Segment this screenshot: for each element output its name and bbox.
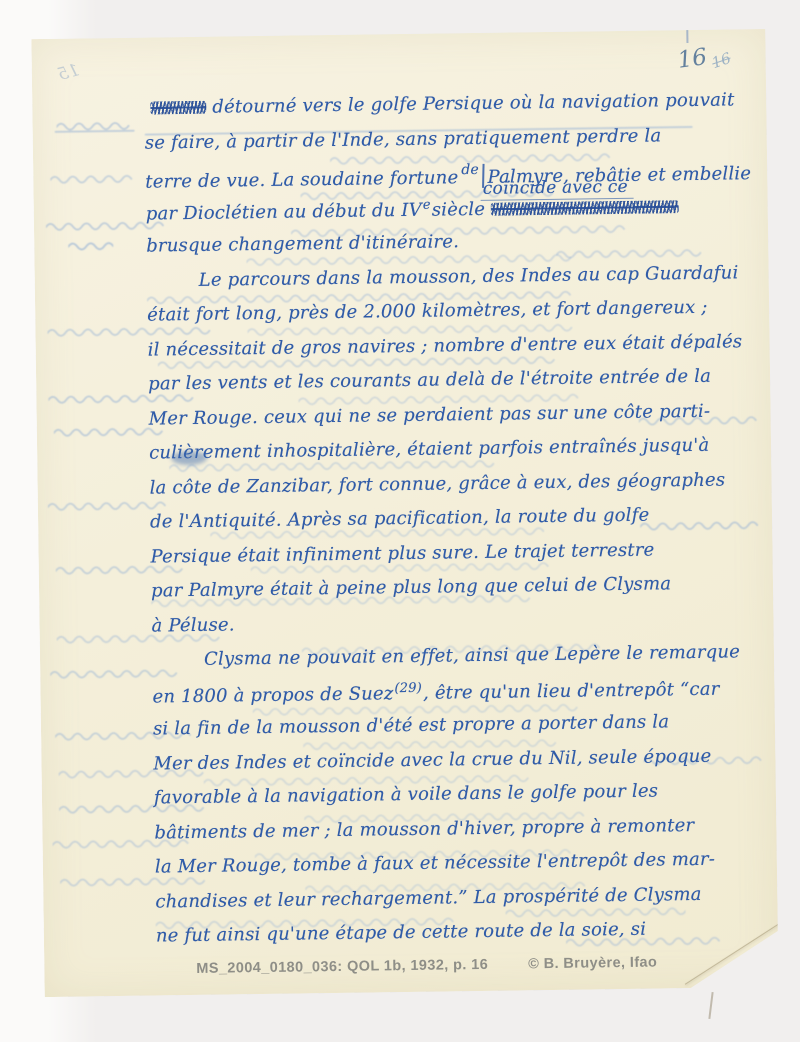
handwritten-text: à Péluse.: [151, 614, 234, 636]
struck-out-word: coïncide avec ce: [491, 200, 679, 216]
handwritten-text: siècle: [432, 198, 486, 220]
manuscript-text-block: détourné vers le golfe Persique où la na…: [144, 89, 756, 960]
manuscript-line: ne fut ainsi qu'une étape de cette route…: [156, 917, 756, 960]
archive-reference: MS_2004_0180_036: QOL 1b, 1932, p. 16: [196, 957, 488, 977]
handwritten-text: brusque changement d'itinéraire.: [146, 231, 459, 256]
bleedthrough-handwriting: [68, 240, 113, 253]
struck-out-word: [150, 101, 206, 115]
handwritten-text: terre de vue. La soudaine fortune: [145, 167, 458, 192]
footnote-reference: e: [423, 197, 431, 212]
manuscript-paper: 15 16 16 détourné vers le golfe Persique…: [31, 29, 778, 997]
handwritten-text: de: [461, 162, 479, 178]
page-number: 16: [676, 44, 709, 74]
handwritten-text: , être qu'un lieu d'entrepôt “car: [423, 678, 720, 703]
inserted-correction: coïncide avec ce: [481, 176, 634, 200]
copyright-notice: © B. Bruyère, Ifao: [528, 955, 657, 973]
handwritten-text: en 1800 à propos de Suez: [152, 683, 393, 707]
footnote-reference: (29): [394, 680, 422, 695]
pencil-mark: [708, 992, 713, 1019]
handwritten-text: par Dioclétien au début du IV: [146, 199, 422, 224]
bleedthrough-page-number: 15: [56, 60, 82, 85]
edge-pen-mark: [686, 30, 688, 43]
bleedthrough-handwriting: [56, 120, 136, 133]
handwritten-text: détourné vers le golfe Persique où la na…: [212, 89, 734, 117]
bleedthrough-underline: [55, 130, 135, 133]
page-number-struck: 16: [709, 49, 733, 72]
bleedthrough-handwriting: [54, 425, 164, 439]
bleedthrough-handwriting: [50, 173, 135, 186]
